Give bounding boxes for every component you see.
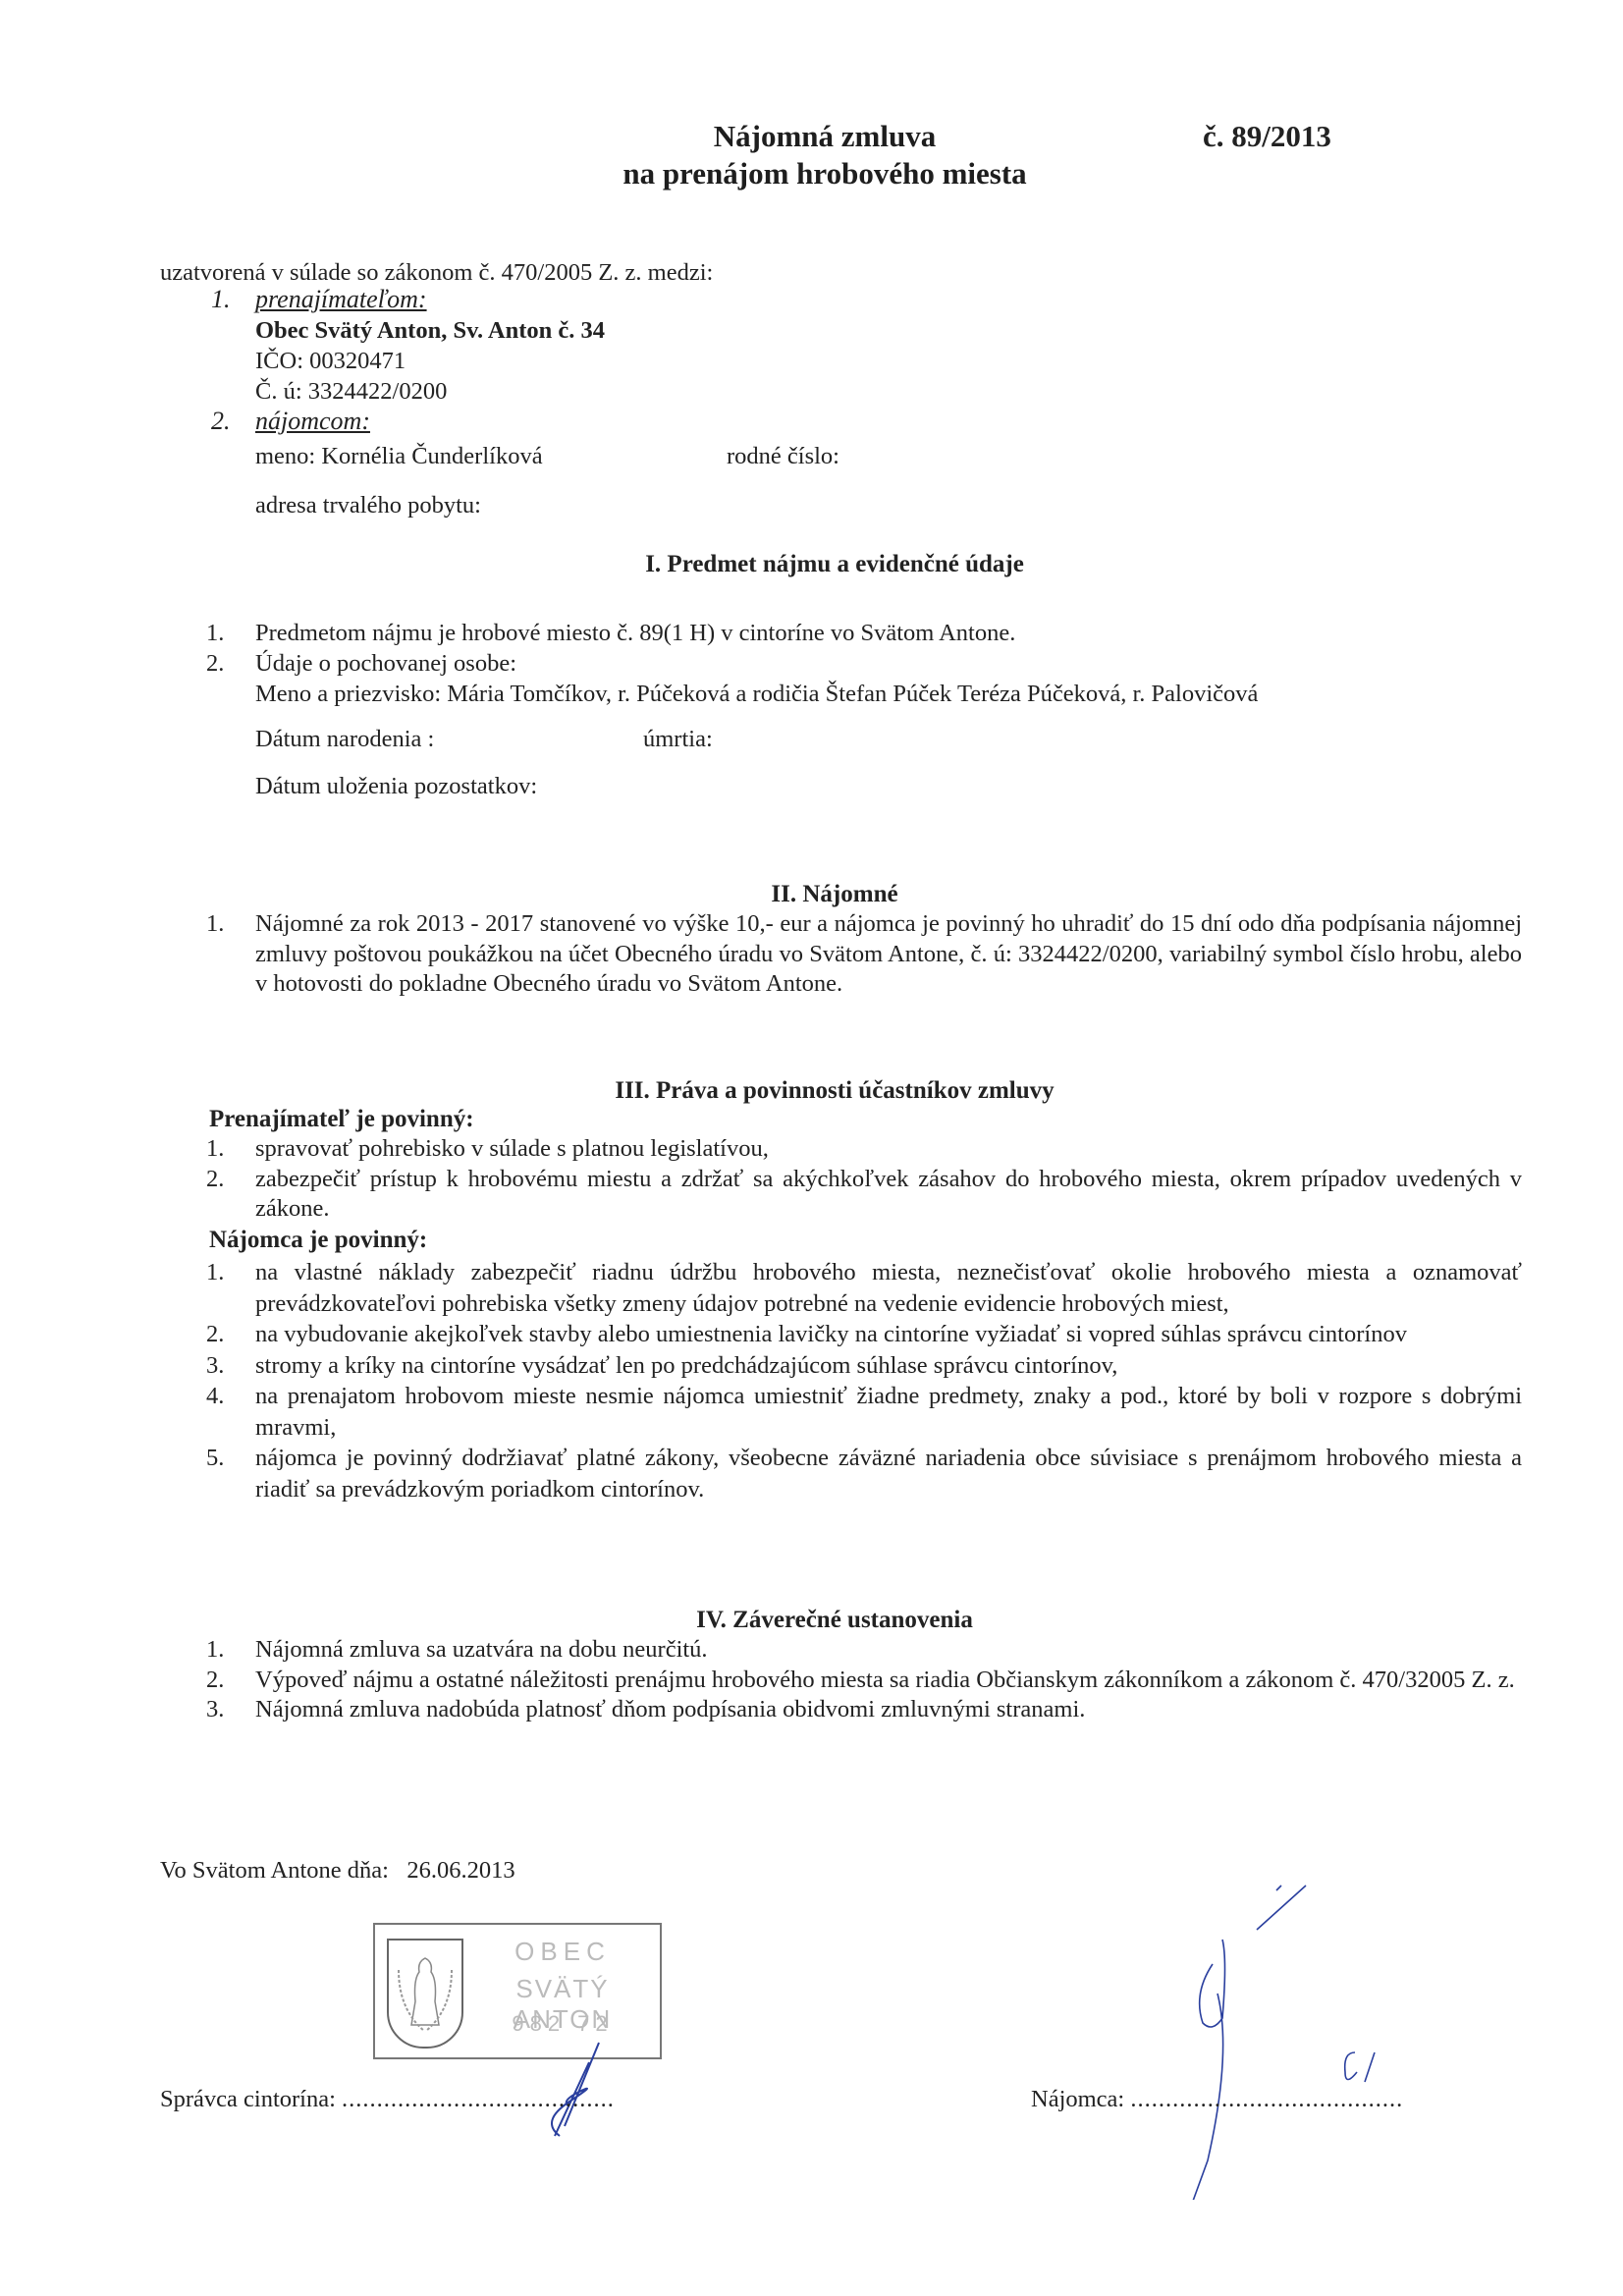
party-landlord: 1.prenajímateľom: [211, 285, 427, 314]
list-item: 2.Údaje o pochovanej osobe: [206, 649, 1522, 680]
landlord-ico: IČO: 00320471 [255, 347, 406, 376]
list-item: 3.Nájomná zmluva nadobúda platnosť dňom … [206, 1695, 1522, 1725]
tenant-address-label: adresa trvalého pobytu: [255, 491, 481, 520]
death-date-label: úmrtia: [643, 725, 713, 754]
section-1-title: I. Predmet nájmu a evidenčné údaje [196, 550, 1473, 579]
landlord-duties-heading: Prenajímateľ je povinný: [209, 1105, 474, 1134]
list-item: 1.na vlastné náklady zabezpečiť riadnu ú… [206, 1257, 1522, 1319]
birth-date-label: Dátum narodenia : [255, 725, 434, 754]
tenant-signature-line: Nájomca: ...............................… [1031, 2085, 1403, 2114]
place-and-date: Vo Svätom Antone dňa: 26.06.2013 [160, 1856, 515, 1886]
section-1-list: 1.Predmetom nájmu je hrobové miesto č. 8… [206, 619, 1522, 679]
landlord-name: Obec Svätý Anton, Sv. Anton č. 34 [255, 316, 605, 346]
tenant-signature [1129, 1876, 1443, 2200]
document-title: Nájomná zmluva [628, 118, 1021, 155]
contract-number: č. 89/2013 [1203, 118, 1331, 155]
tenant-label: Nájomca: [1031, 2086, 1124, 2112]
intro-text: uzatvorená v súlade so zákonom č. 470/20… [160, 258, 713, 288]
list-item: 5.nájomca je povinný dodržiavať platné z… [206, 1443, 1522, 1504]
list-item: 1.Nájomné za rok 2013 - 2017 stanovené v… [206, 909, 1522, 1000]
coat-of-arms-icon [387, 1939, 463, 2049]
list-item: 3.stromy a kríky na cintoríne vysádzať l… [206, 1350, 1522, 1382]
admin-signature [530, 2023, 677, 2141]
signature-dots: ....................................... [1130, 2086, 1403, 2112]
stamp-line-1: OBEC [469, 1937, 656, 1967]
party-label: prenajímateľom: [255, 285, 427, 313]
section-4-list: 1.Nájomná zmluva sa uzatvára na dobu neu… [206, 1635, 1522, 1725]
party-tenant: 2.nájomcom: [211, 407, 370, 436]
section-2-list: 1.Nájomné za rok 2013 - 2017 stanovené v… [206, 909, 1522, 1000]
list-item: 2.na vybudovanie akejkoľvek stavby alebo… [206, 1319, 1522, 1350]
tenant-birth-number-label: rodné číslo: [727, 442, 839, 471]
list-item: 1.spravovať pohrebisko v súlade s platno… [206, 1134, 1522, 1165]
tenant-duties-list: 1.na vlastné náklady zabezpečiť riadnu ú… [206, 1257, 1522, 1504]
tenant-name: meno: Kornélia Čunderlíková [255, 442, 543, 471]
party-number: 1. [211, 285, 255, 314]
burial-date-label: Dátum uloženia pozostatkov: [255, 772, 537, 801]
landlord-duties-list: 1.spravovať pohrebisko v súlade s platno… [206, 1134, 1522, 1225]
list-item: 2.zabezpečiť prístup k hrobovému miestu … [206, 1165, 1522, 1225]
tenant-duties-heading: Nájomca je povinný: [209, 1226, 427, 1255]
section-4-title: IV. Záverečné ustanovenia [196, 1606, 1473, 1635]
section-2-title: II. Nájomné [196, 880, 1473, 909]
admin-signature-line: Správca cintorína: .....................… [160, 2085, 615, 2114]
document-subtitle: na prenájom hrobového miesta [589, 155, 1060, 192]
buried-person-name: Meno a priezvisko: Mária Tomčíkov, r. Pú… [255, 680, 1258, 709]
landlord-account: Č. ú: 3324422/0200 [255, 377, 447, 407]
party-number: 2. [211, 407, 255, 436]
party-label: nájomcom: [255, 407, 370, 435]
list-item: 1.Nájomná zmluva sa uzatvára na dobu neu… [206, 1635, 1522, 1666]
list-item: 4.na prenajatom hrobovom mieste nesmie n… [206, 1381, 1522, 1443]
admin-label: Správca cintorína: [160, 2086, 336, 2112]
section-3-title: III. Práva a povinnosti účastníkov zmluv… [196, 1076, 1473, 1106]
signature-dots: ....................................... [342, 2086, 615, 2112]
list-item: 1.Predmetom nájmu je hrobové miesto č. 8… [206, 619, 1522, 649]
list-item: 2.Výpoveď nájmu a ostatné náležitosti pr… [206, 1666, 1522, 1696]
